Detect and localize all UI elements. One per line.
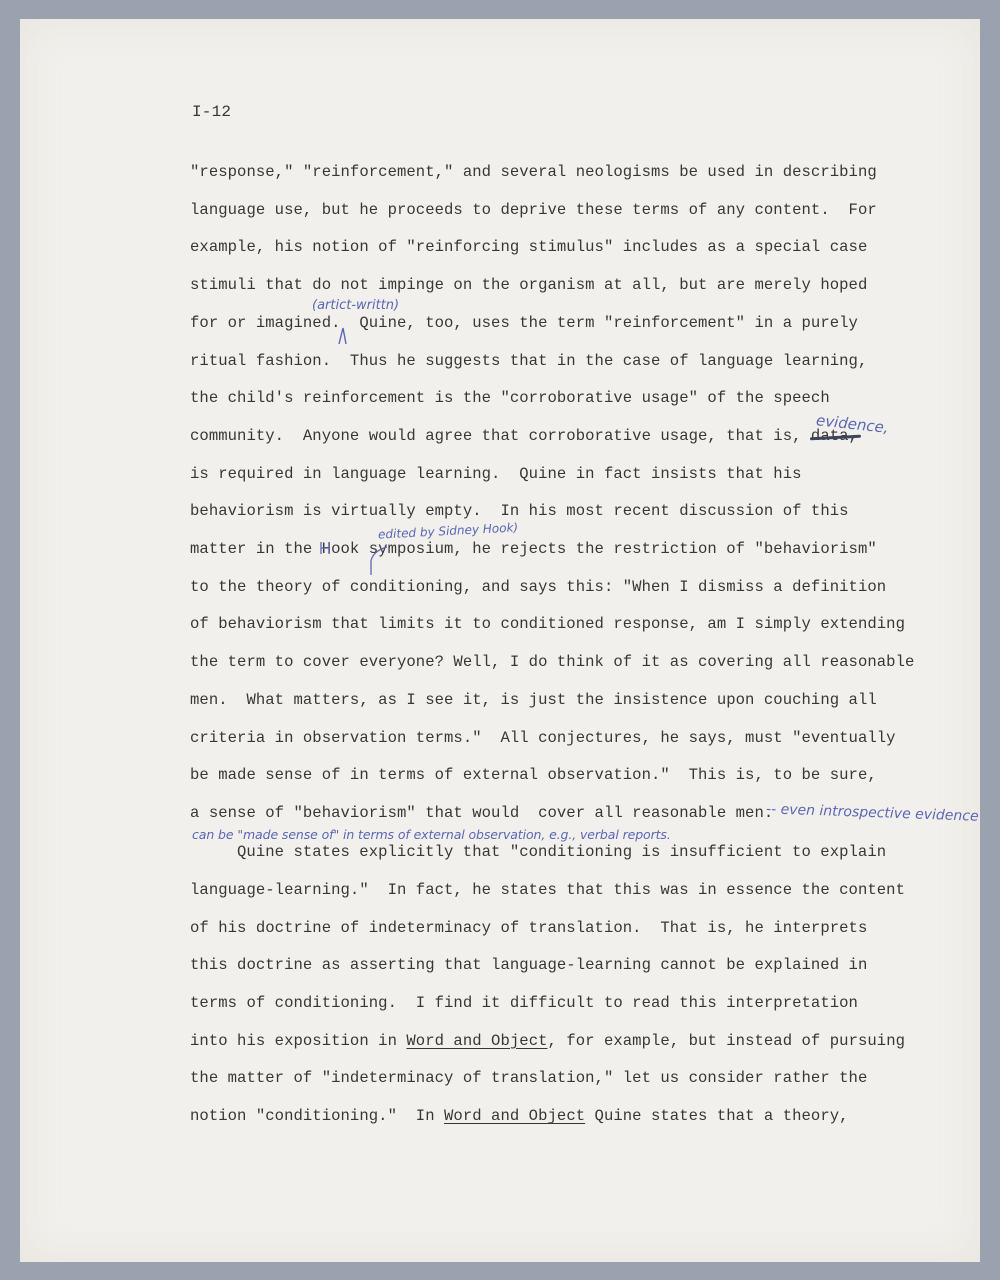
text-line: ritual fashion. Thus he suggests that in… <box>190 352 867 370</box>
insertion-caret-icon <box>337 325 349 345</box>
text-line: behaviorism is virtually empty. In his m… <box>190 502 849 520</box>
handwritten-note-introspective-2: can be "made sense of" in terms of exter… <box>192 827 671 842</box>
text-segment: into his exposition in <box>190 1032 406 1050</box>
text-segment: terms of conditioning. I find it difficu… <box>190 994 858 1012</box>
hook-correction-mark-icon <box>318 539 334 557</box>
text-line: notion "conditioning." In Word and Objec… <box>190 1107 849 1125</box>
text-segment: a sense of "behaviorism" that would cove… <box>190 804 773 822</box>
text-segment: men. What matters, as I see it, is just … <box>190 691 877 709</box>
text-segment: the matter of "indeterminacy of translat… <box>190 1069 867 1087</box>
document-page: I-12 "response," "reinforcement," and se… <box>20 19 980 1262</box>
handwritten-note-introspective-1: -- even introspective evidence <box>766 801 979 824</box>
text-segment: is required in language learning. Quine … <box>190 465 802 483</box>
text-line: community. Anyone would agree that corro… <box>190 427 858 445</box>
text-segment: community. Anyone would agree that corro… <box>190 427 811 445</box>
text-line: the matter of "indeterminacy of translat… <box>190 1069 867 1087</box>
text-line: terms of conditioning. I find it difficu… <box>190 994 858 1012</box>
text-line: of behaviorism that limits it to conditi… <box>190 615 905 633</box>
text-segment: stimuli that do not impinge on the organ… <box>190 276 867 294</box>
text-line: "response," "reinforcement," and several… <box>190 163 877 181</box>
text-segment: "response," "reinforcement," and several… <box>190 163 877 181</box>
text-segment: of his doctrine of indeterminacy of tran… <box>190 919 867 937</box>
text-line: a sense of "behaviorism" that would cove… <box>190 804 773 822</box>
text-segment: Quine states explicitly that "conditioni… <box>237 843 886 861</box>
text-segment: behaviorism is virtually empty. In his m… <box>190 502 849 520</box>
text-segment: , for example, but instead of pursuing <box>548 1032 906 1050</box>
text-line: for or imagined. Quine, too, uses the te… <box>190 314 858 332</box>
text-segment: for or imagined. Quine, too, uses the te… <box>190 314 858 332</box>
text-line: this doctrine as asserting that language… <box>190 956 867 974</box>
page-number: I-12 <box>192 103 231 121</box>
handwritten-note-edited-by: edited by Sidney Hook) <box>378 520 519 541</box>
text-line: language use, but he proceeds to deprive… <box>190 201 877 219</box>
text-line: criteria in observation terms." All conj… <box>190 729 896 747</box>
text-segment: the child's reinforcement is the "corrob… <box>190 389 830 407</box>
text-segment: to the theory of conditioning, and says … <box>190 578 886 596</box>
text-segment: be made sense of in terms of external ob… <box>190 766 877 784</box>
text-segment: this doctrine as asserting that language… <box>190 956 867 974</box>
underlined-title: Word and Object <box>444 1107 585 1125</box>
insertion-mark-icon <box>365 543 395 577</box>
text-line: is required in language learning. Quine … <box>190 465 802 483</box>
text-line: to the theory of conditioning, and says … <box>190 578 886 596</box>
text-line: Quine states explicitly that "conditioni… <box>237 843 886 861</box>
text-line: of his doctrine of indeterminacy of tran… <box>190 919 867 937</box>
text-line: be made sense of in terms of external ob… <box>190 766 877 784</box>
text-segment: Quine states that a theory, <box>585 1107 848 1125</box>
text-line: men. What matters, as I see it, is just … <box>190 691 877 709</box>
text-segment: the term to cover everyone? Well, I do t… <box>190 653 914 671</box>
text-line: the child's reinforcement is the "corrob… <box>190 389 830 407</box>
underlined-title: Word and Object <box>406 1032 547 1050</box>
handwritten-note-artificially-written: (artict-writtn) <box>312 298 399 313</box>
text-line: example, his notion of "reinforcing stim… <box>190 238 867 256</box>
text-line: into his exposition in Word and Object, … <box>190 1032 905 1050</box>
text-line: matter in the Hook symposium, he rejects… <box>190 540 877 558</box>
text-segment: notion "conditioning." In <box>190 1107 444 1125</box>
text-segment: criteria in observation terms." All conj… <box>190 729 896 747</box>
text-segment: matter in the Hook symposium, he rejects… <box>190 540 877 558</box>
text-line: stimuli that do not impinge on the organ… <box>190 276 867 294</box>
text-line: language-learning." In fact, he states t… <box>190 881 905 899</box>
text-segment: example, his notion of "reinforcing stim… <box>190 238 867 256</box>
text-segment: language-learning." In fact, he states t… <box>190 881 905 899</box>
text-segment: language use, but he proceeds to deprive… <box>190 201 877 219</box>
text-segment: ritual fashion. Thus he suggests that in… <box>190 352 867 370</box>
text-segment: of behaviorism that limits it to conditi… <box>190 615 905 633</box>
text-line: the term to cover everyone? Well, I do t… <box>190 653 914 671</box>
